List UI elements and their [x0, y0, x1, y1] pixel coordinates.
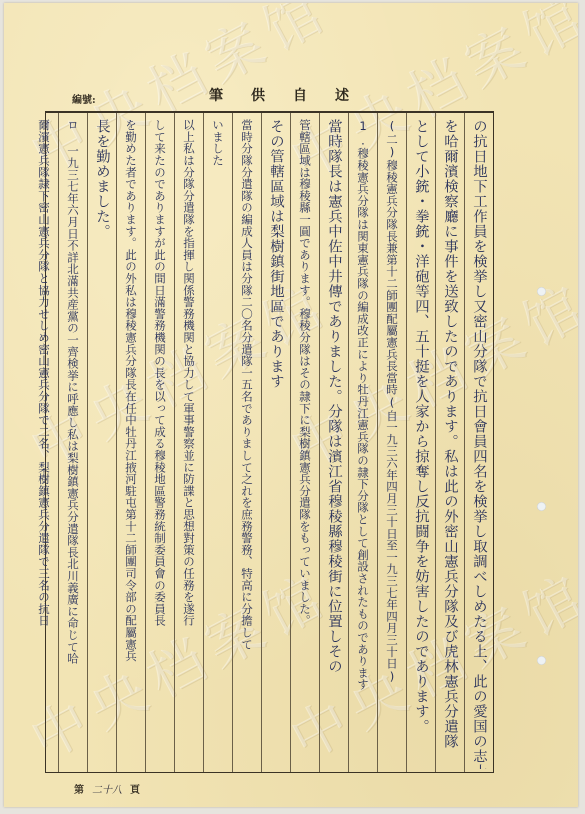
- page-prefix: 第: [74, 785, 84, 796]
- column-text: 管轄區域は穆稜縣一圓であります。穆稜分隊はその隷下に梨樹鎮憲兵分遣隊をもっていま…: [291, 119, 319, 769]
- manuscript-column: として小銃・拳銃・洋砲等四、五十挺を人家から掠奪し反抗闘争を妨害したのであります…: [406, 113, 435, 772]
- manuscript-column: の抗日地下工作員を検挙し又密山分隊で抗日會員四名を検挙し取調べしめたる上、此の愛…: [464, 113, 493, 772]
- title-char: 筆: [209, 85, 223, 105]
- column-text: 當時隊長は憲兵中佐中井傳でありました。分隊は濱江省穆稜縣穆稜街に位置しその: [320, 119, 348, 769]
- column-text: 當時分隊分遣隊の編成人員は分隊二〇名分遣隊一五名でありまして之れを庶務警務、特高…: [233, 119, 261, 769]
- column-text: の抗日地下工作員を検挙し又密山分隊で抗日會員四名を検挙し取調べしめたる上、此の愛…: [465, 119, 493, 769]
- manuscript-column: 長を勤めました。: [87, 113, 116, 772]
- column-text: いました: [204, 119, 232, 769]
- column-text: して来たのでありますが此の間日滿警務機関の長を以って成る穆稜地區警務統制委員會の…: [146, 119, 174, 769]
- manuscript-column: その管轄區域は梨樹鎮街地區であります: [261, 113, 290, 772]
- column-text: として小銃・拳銃・洋砲等四、五十挺を人家から掠奪し反抗闘争を妨害したのであります…: [407, 119, 435, 769]
- manuscript-column: して来たのでありますが此の間日滿警務機関の長を以って成る穆稜地區警務統制委員會の…: [145, 113, 174, 772]
- title-char: 自: [293, 85, 307, 105]
- document-sheet: 中央档案馆 中央档案馆 中央档案馆 中央档案馆 中央档案馆 中央档案馆 編號: …: [4, 3, 578, 807]
- title-char: 供: [251, 85, 265, 105]
- manuscript-column: を哈爾濱検察廳に事件を送致したのであります。私は此の外密山憲兵分隊及び虎林憲兵分…: [435, 113, 464, 772]
- manuscript-column: を勤めた者であります。此の外私は穆稜憲兵分隊長在任中牡丹江掖河駐屯第十二師團司令…: [116, 113, 145, 772]
- binder-hole: [537, 656, 546, 665]
- title-char: 述: [335, 85, 349, 105]
- column-text: 長を勤めました。: [88, 119, 116, 769]
- manuscript-column: 管轄區域は穆稜縣一圓であります。穆稜分隊はその隷下に梨樹鎮憲兵分遣隊をもっていま…: [290, 113, 319, 772]
- manuscript-column: 1.穆稜憲兵分隊は関東憲兵隊の編成改正により牡丹江憲兵隊の隷下分隊として創設され…: [348, 113, 377, 772]
- page-number-value: 二十八: [92, 785, 122, 796]
- document-number-label: 編號:: [72, 91, 96, 106]
- page-suffix: 頁: [130, 785, 140, 796]
- manuscript-grid: の抗日地下工作員を検挙し又密山分隊で抗日會員四名を検挙し取調べしめたる上、此の愛…: [45, 111, 494, 773]
- column-text: (二)穆稜憲兵分隊長兼第十二師團配屬憲兵長當時(自一九三六年四月三十日至一九三七…: [378, 119, 406, 769]
- column-text: を哈爾濱検察廳に事件を送致したのであります。私は此の外密山憲兵分隊及び虎林憲兵分…: [436, 119, 464, 769]
- manuscript-column: 以上私は分隊分遣隊を指揮し関係警務機関と協力して軍事警察並に防諜と思想對策の任務…: [174, 113, 203, 772]
- column-text: 以上私は分隊分遣隊を指揮し関係警務機関と協力して軍事警察並に防諜と思想對策の任務…: [175, 119, 203, 769]
- manuscript-column: 當時隊長は憲兵中佐中井傳でありました。分隊は濱江省穆稜縣穆稜街に位置しその: [319, 113, 348, 772]
- document-title: 述 自 供 筆: [209, 85, 349, 105]
- page-number: 第二十八頁: [74, 781, 140, 796]
- column-text: ロ 一九三七年六月日不詳北滿共産黨の一齊検挙に呼應し私は梨樹鎮憲兵分遣隊長北川義…: [59, 119, 87, 769]
- binder-hole: [537, 287, 546, 296]
- manuscript-column: 當時分隊分遣隊の編成人員は分隊二〇名分遣隊一五名でありまして之れを庶務警務、特高…: [232, 113, 261, 772]
- manuscript-column: いました: [203, 113, 232, 772]
- manuscript-column: 爾濱憲兵隊隷下密山憲兵分隊と協力せしめ密山憲兵分隊で二名、梨樹鎮憲兵分遣隊で三名…: [30, 113, 58, 772]
- column-text: を勤めた者であります。此の外私は穆稜憲兵分隊長在任中牡丹江掖河駐屯第十二師團司令…: [117, 119, 145, 769]
- column-text: 1.穆稜憲兵分隊は関東憲兵隊の編成改正により牡丹江憲兵隊の隷下分隊として創設され…: [349, 119, 377, 769]
- column-text: 爾濱憲兵隊隷下密山憲兵分隊と協力せしめ密山憲兵分隊で二名、梨樹鎮憲兵分遣隊で三名…: [30, 119, 58, 769]
- binder-hole: [537, 502, 546, 511]
- manuscript-column: (二)穆稜憲兵分隊長兼第十二師團配屬憲兵長當時(自一九三六年四月三十日至一九三七…: [377, 113, 406, 772]
- manuscript-column: ロ 一九三七年六月日不詳北滿共産黨の一齊検挙に呼應し私は梨樹鎮憲兵分遣隊長北川義…: [58, 113, 87, 772]
- column-text: その管轄區域は梨樹鎮街地區であります: [262, 119, 290, 769]
